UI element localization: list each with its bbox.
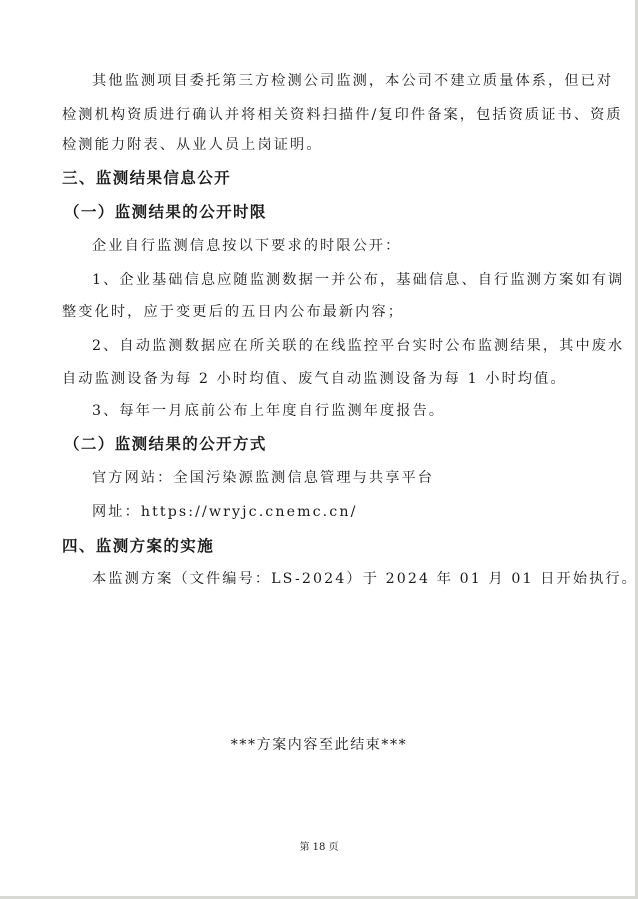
section-4-heading: 四、监测方案的实施 (62, 536, 214, 556)
item-2-line-2: 自动监测设备为每 2 小时均值、废气自动监测设备为每 1 小时均值。 (62, 369, 567, 389)
section-3-1-intro: 企业自行监测信息按以下要求的时限公开： (92, 236, 401, 256)
section-3-heading: 三、监测结果信息公开 (62, 168, 231, 188)
paragraph-quality-line-2: 检测机构资质进行确认并将相关资料扫描件/复印件备案，包括资质证书、资质 (62, 105, 623, 125)
paragraph-quality-line-1: 其他监测项目委托第三方检测公司监测，本公司不建立质量体系，但已对 (92, 71, 613, 91)
section-3-2-heading: （二）监测结果的公开方式 (64, 434, 267, 454)
paragraph-quality-line-3: 检测能力附表、从业人员上岗证明。 (62, 135, 323, 155)
section-3-1-heading: （一）监测结果的公开时限 (64, 202, 267, 222)
end-of-content-mark: ***方案内容至此结束*** (0, 734, 638, 754)
item-1-line-2: 整变化时，应于变更后的五日内公布最新内容； (62, 302, 404, 322)
page-number: 第 18 页 (0, 838, 638, 853)
website-url: 网址：https://wryjc.cnemc.cn/ (92, 502, 357, 522)
official-website: 官方网站：全国污染源监测信息管理与共享平台 (92, 468, 434, 488)
item-1-line-1: 1、企业基础信息应随监测数据一并公布，基础信息、自行监测方案如有调 (92, 270, 624, 290)
section-4-text: 本监测方案（文件编号：LS-2024）于 2024 年 01 月 01 日开始执… (92, 569, 638, 589)
item-3: 3、每年一月底前公布上年度自行监测年度报告。 (92, 401, 445, 421)
item-2-line-1: 2、自动监测数据应在所关联的在线监控平台实时公布监测结果，其中废水 (92, 336, 624, 356)
